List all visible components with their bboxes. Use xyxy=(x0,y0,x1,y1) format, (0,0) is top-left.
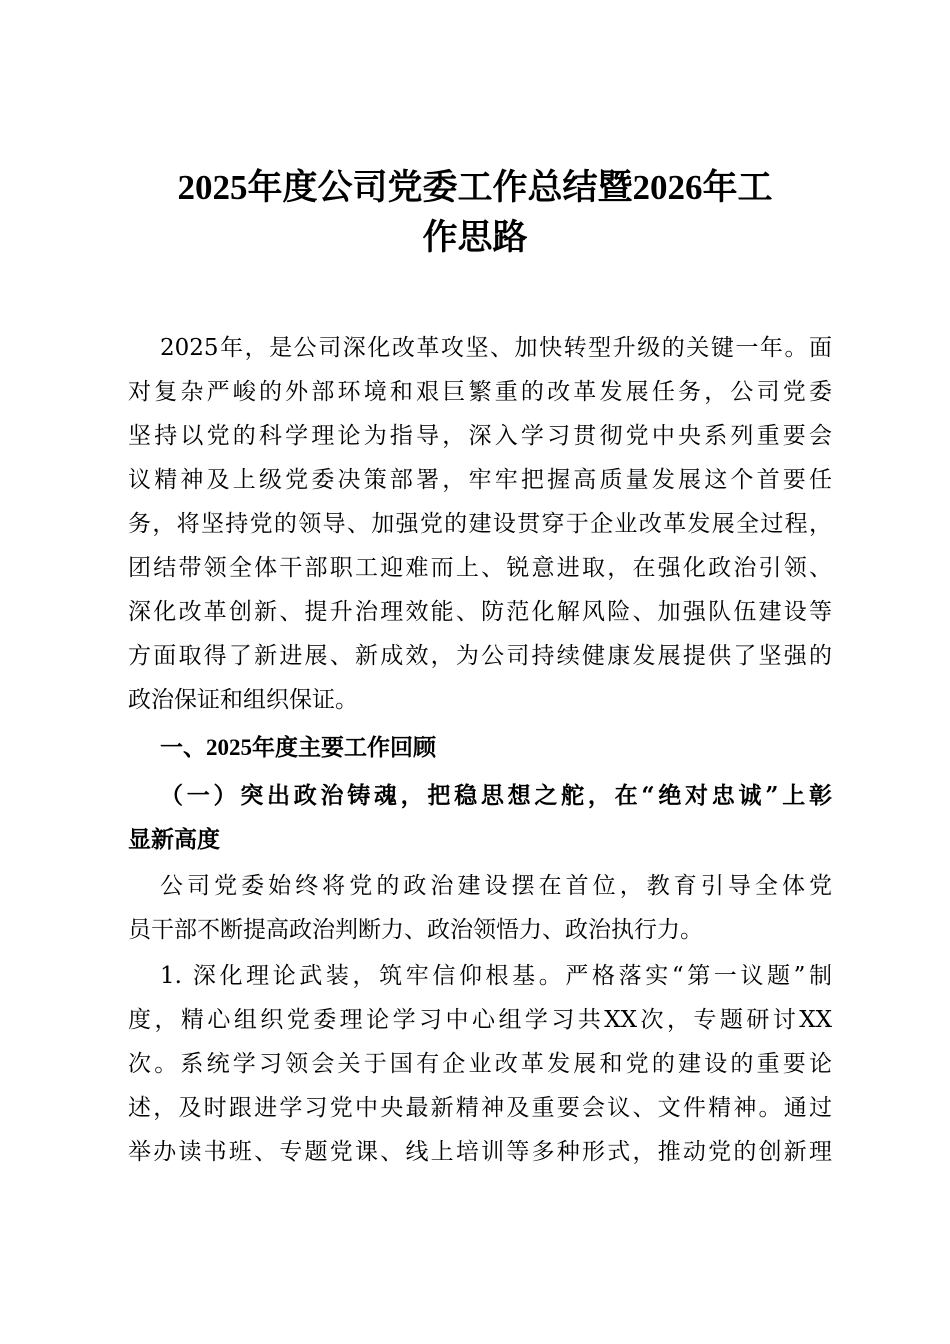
document-page: 2025年度公司党委工作总结暨2026年工 作思路 2025年，是公司深化改革攻… xyxy=(0,0,950,1344)
intro-line-4: 议精神及上级党委决策部署，牢牢把握高质量发展这个首要任 xyxy=(128,465,832,495)
item-1-line-4: 述，及时跟进学习党中央最新精神及重要会议、文件精神。通过 xyxy=(128,1093,832,1123)
intro-line-3: 坚持以党的科学理论为指导，深入学习贯彻党中央系列重要会 xyxy=(128,421,832,451)
intro-line-9: 政治保证和组织保证。 xyxy=(128,685,832,715)
item-1-line-5: 举办读书班、专题党课、线上培训等多种形式，推动党的创新理 xyxy=(128,1137,832,1167)
intro-line-5: 务，将坚持党的领导、加强党的建设贯穿于企业改革发展全过程， xyxy=(128,509,832,539)
subsection-1-para-line-2: 员干部不断提高政治判断力、政治领悟力、政治执行力。 xyxy=(128,915,832,945)
item-1-line-1: 1. 深化理论武装，筑牢信仰根基。严格落实“第一议题”制 xyxy=(160,961,832,991)
intro-line-2: 对复杂严峻的外部环境和艰巨繁重的改革发展任务，公司党委 xyxy=(128,377,832,407)
intro-line-7: 深化改革创新、提升治理效能、防范化解风险、加强队伍建设等 xyxy=(128,597,832,627)
subsection-1-heading-line-1: （一）突出政治铸魂，把稳思想之舵，在“绝对忠诚”上彰 xyxy=(160,781,832,811)
section-1-heading: 一、2025年度主要工作回顾 xyxy=(160,733,832,763)
item-1-line-3: 次。系统学习领会关于国有企业改革发展和党的建设的重要论 xyxy=(128,1049,832,1079)
subsection-1-heading-line-2: 显新高度 xyxy=(128,825,832,855)
subsection-1-para-line-1: 公司党委始终将党的政治建设摆在首位，教育引导全体党 xyxy=(160,871,832,901)
intro-line-1: 2025年，是公司深化改革攻坚、加快转型升级的关键一年。面 xyxy=(160,333,832,363)
document-title-line-2: 作思路 xyxy=(100,213,850,263)
intro-line-8: 方面取得了新进展、新成效，为公司持续健康发展提供了坚强的 xyxy=(128,641,832,671)
document-title-line-1: 2025年度公司党委工作总结暨2026年工 xyxy=(100,163,850,213)
intro-line-6: 团结带领全体干部职工迎难而上、锐意进取，在强化政治引领、 xyxy=(128,553,832,583)
item-1-line-2: 度，精心组织党委理论学习中心组学习共XX次，专题研讨XX xyxy=(128,1005,832,1035)
